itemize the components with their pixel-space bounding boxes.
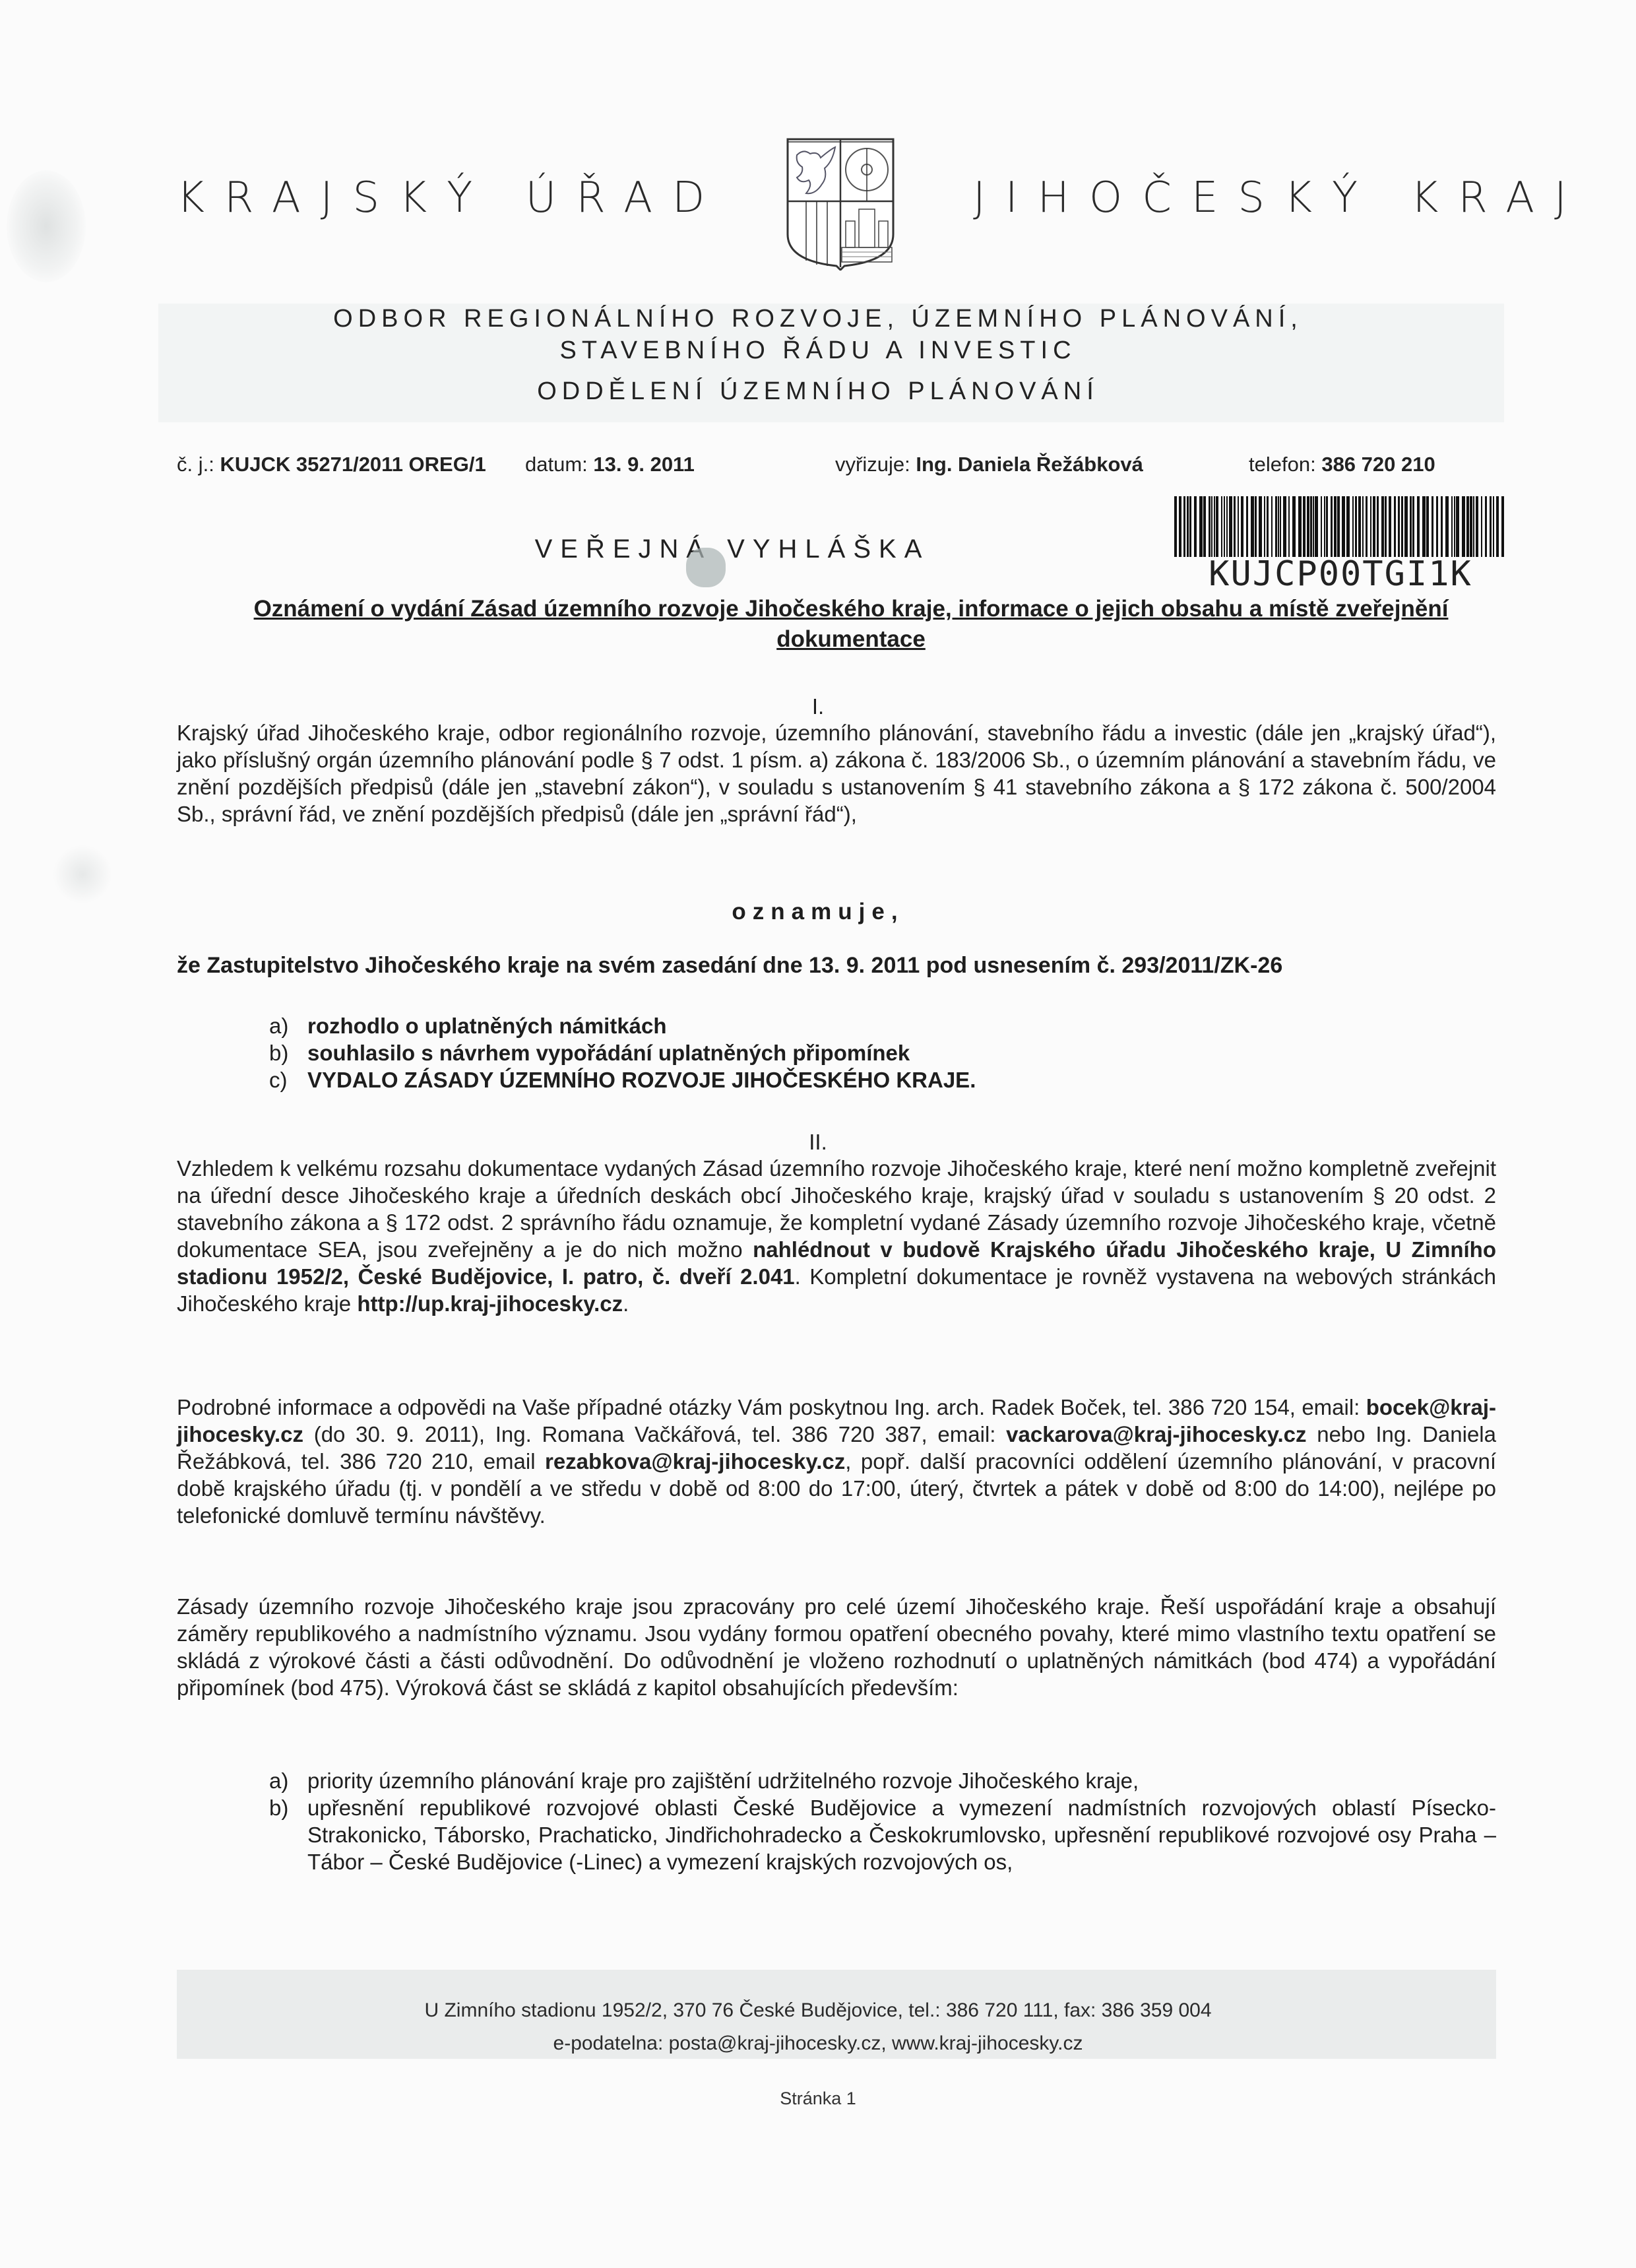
decision-list: a)rozhodlo o uplatněných námitkách b)sou… bbox=[269, 1012, 1496, 1093]
department-line: STAVEBNÍHO ŘÁDU A INVESTIC bbox=[0, 337, 1636, 365]
documentation-link[interactable]: http://up.kraj-jihocesky.cz bbox=[357, 1291, 623, 1316]
notice-type: VEŘEJNÁ VYHLÁŠKA bbox=[0, 535, 1464, 564]
letterhead-right-title: JIHOČESKÝ KRAJ bbox=[973, 177, 1587, 219]
section1-paragraph: Krajský úřad Jihočeského kraje, odbor re… bbox=[177, 719, 1496, 827]
division-name: ODDĚLENÍ ÚZEMNÍHO PLÁNOVÁNÍ bbox=[0, 377, 1636, 406]
section2-paragraph-1: Vzhledem k velkému rozsahu dokumentace v… bbox=[177, 1155, 1496, 1317]
list-item: b)upřesnění republikové rozvojové oblast… bbox=[269, 1794, 1496, 1875]
handler: vyřizuje: Ing. Daniela Řežábková bbox=[835, 453, 1143, 476]
email-link[interactable]: vackarova@kraj-jihocesky.cz bbox=[1006, 1422, 1306, 1446]
list-item: a)priority územního plánování kraje pro … bbox=[269, 1767, 1496, 1794]
notice-subject: Oznámení o vydání Zásad územního rozvoje… bbox=[224, 594, 1478, 655]
list-item: c)VYDALO ZÁSADY ÚZEMNÍHO ROZVOJE JIHOČES… bbox=[269, 1066, 1496, 1093]
case-number: č. j.: KUJCK 35271/2011 OREG/1 bbox=[177, 453, 486, 476]
scan-smudge bbox=[53, 845, 112, 904]
scan-stain bbox=[686, 548, 726, 587]
section-numeral: I. bbox=[0, 694, 1636, 719]
list-item: b)souhlasilo s návrhem vypořádání uplatn… bbox=[269, 1039, 1496, 1066]
footer-address: U Zimního stadionu 1952/2, 370 76 České … bbox=[0, 1999, 1636, 2022]
scan-smudge bbox=[7, 170, 86, 282]
coat-of-arms-icon bbox=[784, 135, 897, 271]
chapters-list: a)priority územního plánování kraje pro … bbox=[269, 1767, 1496, 1875]
letterhead-left-title: KRAJSKÝ ÚŘAD bbox=[177, 177, 724, 219]
email-link[interactable]: rezabkova@kraj-jihocesky.cz bbox=[545, 1449, 845, 1474]
section2-paragraph-2: Podrobné informace a odpovědi na Vaše př… bbox=[177, 1394, 1496, 1529]
list-item: a)rozhodlo o uplatněných námitkách bbox=[269, 1012, 1496, 1039]
document-date: datum: 13. 9. 2011 bbox=[525, 453, 695, 476]
department-line: ODBOR REGIONÁLNÍHO ROZVOJE, ÚZEMNÍHO PLÁ… bbox=[0, 305, 1636, 333]
announces-word: oznamuje, bbox=[0, 899, 1636, 925]
decision-statement: že Zastupitelstvo Jihočeského kraje na s… bbox=[177, 953, 1282, 979]
section-numeral: II. bbox=[0, 1130, 1636, 1155]
section2-paragraph-3: Zásady územního rozvoje Jihočeského kraj… bbox=[177, 1593, 1496, 1701]
phone: telefon: 386 720 210 bbox=[1249, 453, 1435, 476]
page-number: Stránka 1 bbox=[0, 2089, 1636, 2109]
footer-contact: e-podatelna: posta@kraj-jihocesky.cz, ww… bbox=[0, 2032, 1636, 2055]
